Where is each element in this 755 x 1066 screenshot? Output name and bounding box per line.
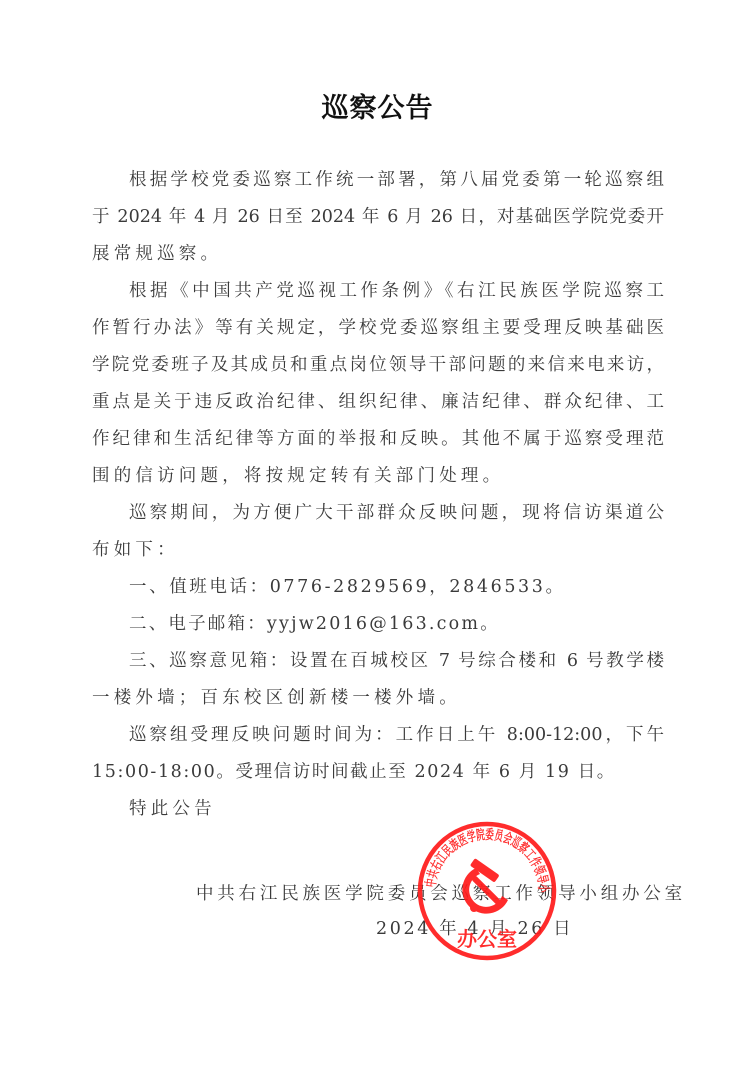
paragraph-2-line-5: 作纪律和生活纪律等方面的举报和反映。其他不属于巡察受理范 xyxy=(92,427,664,451)
official-seal-icon: 中共右江民族医学院委员会巡察工作领导小组 办公室 xyxy=(416,820,558,962)
paragraph-3-line-2: 布如下： xyxy=(92,538,664,562)
paragraph-1-line-1: 根据学校党委巡察工作统一部署，第八届党委第一轮巡察组 xyxy=(92,168,664,192)
paragraph-2-line-3: 学院党委班子及其成员和重点岗位领导干部问题的来信来电来访， xyxy=(92,353,664,377)
document-title: 巡察公告 xyxy=(0,86,755,125)
contact-email-line: 二、电子邮箱：yyjw2016@163.com。 xyxy=(92,612,664,636)
paragraph-1-line-2: 于 2024 年 4 月 26 日至 2024 年 6 月 26 日，对基础医学… xyxy=(92,205,664,229)
closing-line: 特此公告 xyxy=(92,797,664,821)
paragraph-1-line-3: 展常规巡察。 xyxy=(92,242,664,266)
svg-text:办公室: 办公室 xyxy=(457,927,517,951)
hours-line-1: 巡察组受理反映问题时间为：工作日上午 8:00-12:00，下午 xyxy=(92,723,664,747)
paragraph-2-line-6: 围的信访问题，将按规定转有关部门处理。 xyxy=(92,464,664,488)
suggestion-box-line-1: 三、巡察意见箱：设置在百城校区 7 号综合楼和 6 号教学楼 xyxy=(92,649,664,673)
paragraph-2-line-1: 根据《中国共产党巡视工作条例》《右江民族医学院巡察工 xyxy=(92,279,664,303)
document-page: 巡察公告 根据学校党委巡察工作统一部署，第八届党委第一轮巡察组 于 2024 年… xyxy=(0,0,755,1066)
contact-phone-line: 一、值班电话：0776-2829569，2846533。 xyxy=(92,575,664,599)
paragraph-2-line-4: 重点是关于违反政治纪律、组织纪律、廉洁纪律、群众纪律、工 xyxy=(92,390,664,414)
hours-line-2: 15:00-18:00。受理信访时间截止至 2024 年 6 月 19 日。 xyxy=(92,760,664,784)
svg-text:中共右江民族医学院委员会巡察工作领导小组: 中共右江民族医学院委员会巡察工作领导小组 xyxy=(416,820,551,893)
suggestion-box-line-2: 一楼外墙；百东校区创新楼一楼外墙。 xyxy=(92,686,664,710)
paragraph-3-line-1: 巡察期间，为方便广大干部群众反映问题，现将信访渠道公 xyxy=(92,501,664,525)
paragraph-2-line-2: 作暂行办法》等有关规定，学校党委巡察组主要受理反映基础医 xyxy=(92,316,664,340)
